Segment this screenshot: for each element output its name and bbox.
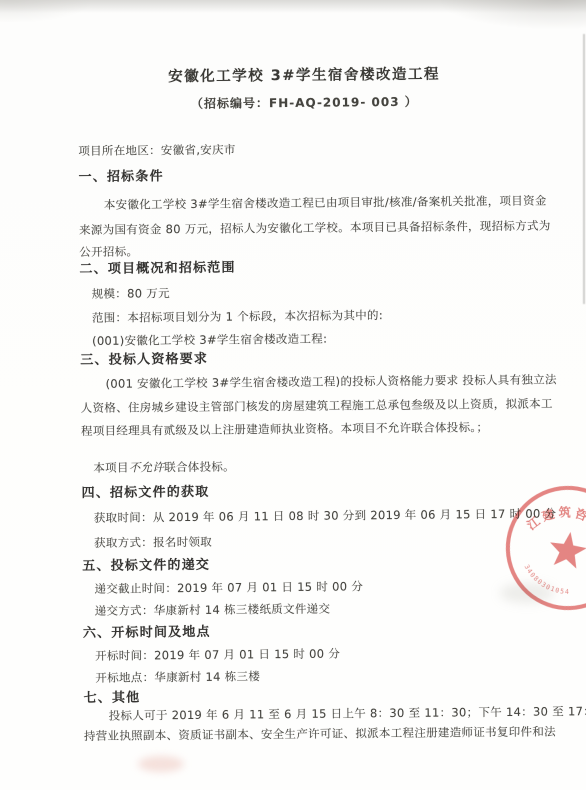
tender-notice-body: 安徽化工学校 3#学生宿舍楼改造工程 （招标编号：FH-AQ-2019- 003… [0,0,586,746]
section-6-heading: 六、开标时间及地点 [83,621,536,643]
section-5-method: 递交方式：华康新村 14 栋三楼纸质文件递交 [83,599,536,620]
section-6-place: 开标地点：华康新村 14 栋三楼 [83,666,536,687]
doc-title: 安徽化工学校 3#学生宿舍楼改造工程 [78,64,531,88]
seal-arc-text-path: 江建筑咨询 [521,497,586,545]
section-1-line-2: 来源为国有资金 80 万元，招标人为安徽化工学校。本项目已具备招标条件，现招标方… [79,218,532,239]
section-4-method: 获取方式：报名时领取 [82,531,535,552]
no-jv-emphasis: 不允许 [129,460,165,474]
section-5-heading: 五、投标文件的递交 [82,554,535,576]
section-3-heading: 三、投标人资格要求 [80,348,533,370]
section-2-scale: 规模：80 万元 [80,282,533,303]
section-2-scope: 范围：本招标项目划分为 1 个标段，本次招标为其中的: [80,306,533,327]
section-1-heading: 一、招标条件 [78,165,531,187]
scanned-document-page: 安徽化工学校 3#学生宿舍楼改造工程 （招标编号：FH-AQ-2019- 003… [0,0,586,790]
section-3-no-joint-venture: 本项目不允许联合体投标。 [81,456,534,477]
no-jv-prefix: 本项目 [93,461,129,475]
project-location: 项目所在地区：安徽省,安庆市 [78,139,531,160]
section-4-heading: 四、招标文件的获取 [82,481,535,503]
section-3-line-3: 程项目经理具有贰级及以上注册建造师执业资格。本项目不允许联合体投标。； [81,419,534,440]
seal-star-icon [547,529,586,570]
section-5-deadline: 递交截止时间：2019 年 07 月 01 日 15 时 00 分 [82,577,535,598]
section-2-item: (001)安徽化工学校 3#学生宿舍楼改造工程: [80,329,533,350]
section-2-heading: 二、项目概况和招标范围 [79,257,532,279]
section-4-time: 获取时间：从 2019 年 06 月 11 日 08 时 30 分到 2019 … [82,506,535,527]
no-jv-suffix: 联合体投标。 [164,460,235,475]
tender-number: （招标编号：FH-AQ-2019- 003 ） [78,93,531,114]
section-7-line-1: 投标人可于 2019 年 6 月 11 至 6 月 15 日上午 8：30 至 … [84,704,537,725]
section-7-line-2: 持营业执照副本、资质证书副本、安全生产许可证、拟派本工程注册建造师证书复印件和法 [84,724,537,745]
section-3-line-1: (001 安徽化工学校 3#学生宿舍楼改造工程)的投标人资格能力要求 投标人具有… [80,372,533,393]
seal-arc-text: 江建筑咨询 [521,497,586,545]
scan-smudge-bottom-left [138,756,184,772]
section-1-line-1: 本安徽化工学校 3#学生宿舍楼改造工程已由项目审批/核准/备案机关批准，项目资金 [79,193,532,214]
section-3-line-2: 人资格、住房城乡建设主管部门核发的房屋建筑工程施工总承包叁级及以上资质，拟派本工 [81,396,534,417]
section-6-time: 开标时间：2019 年 07 月 01 日 15 时 00 分 [83,644,536,665]
